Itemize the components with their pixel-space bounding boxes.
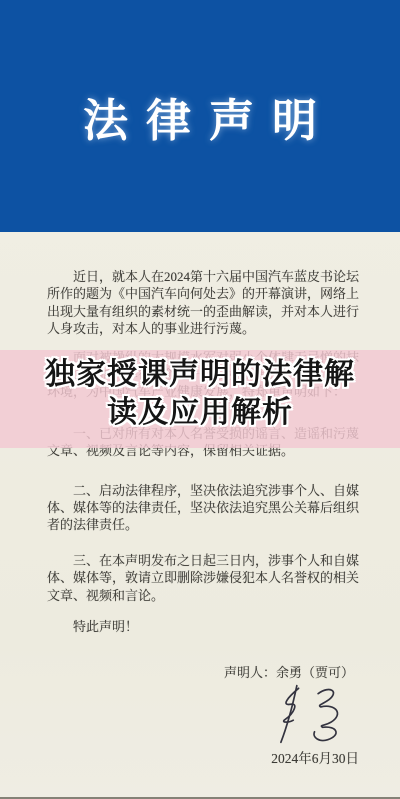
banner: 法律声明 <box>0 0 400 232</box>
handwritten-signature-scribble <box>47 683 363 745</box>
declarant-line: 声明人：余勇（贾可） <box>47 664 363 681</box>
banner-title: 法律声明 <box>65 84 335 149</box>
legal-statement-poster: 法律声明 近日，就本人在2024第十六届中国汽车蓝皮书论坛 所作的题为《中国汽车… <box>0 0 400 799</box>
paragraph-item-2: 二、启动法律程序，坚决依法追究涉事个人、自媒 体、媒体等的法律责任，坚决依法追究… <box>47 482 363 534</box>
date-line: 2024年6月30日 <box>47 747 363 767</box>
overlay-headline: 独家授课声明的法律解 读及应用解析 <box>0 356 400 432</box>
signature-icon <box>265 683 357 745</box>
document-paper: 近日，就本人在2024第十六届中国汽车蓝皮书论坛 所作的题为《中国汽车向何处去》… <box>0 232 400 799</box>
paragraph-item-3: 三、在本声明发布之日起三日内，涉事个人和自媒 体、媒体等，敦请立即删除涉嫌侵犯本… <box>47 552 363 604</box>
closing-line: 特此声明！ <box>47 618 363 635</box>
paragraph-intro: 近日，就本人在2024第十六届中国汽车蓝皮书论坛 所作的题为《中国汽车向何处去》… <box>47 268 363 338</box>
